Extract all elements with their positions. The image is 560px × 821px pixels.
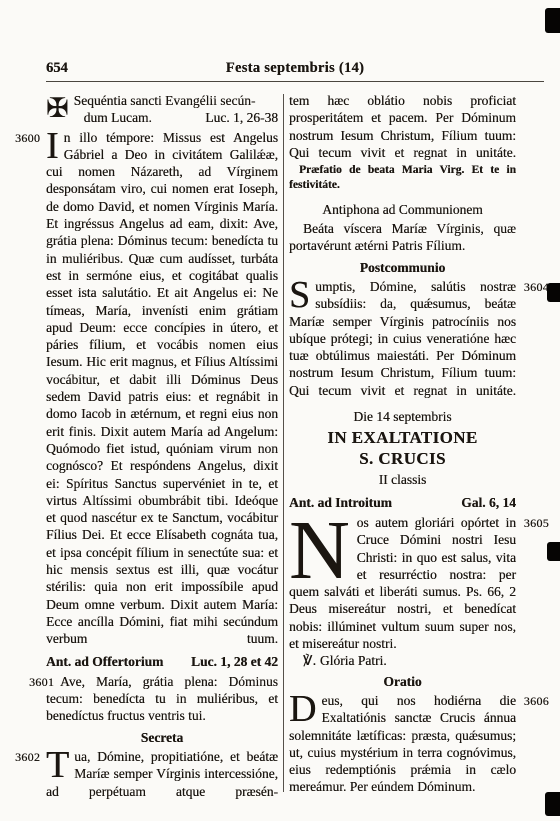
drop-cap-s: S [289, 280, 310, 311]
drop-cap-d: D [289, 694, 316, 725]
communion-heading-label: Antiphona ad Communionem [322, 202, 482, 217]
versicle-line: ℣. Glória Patri. [289, 652, 516, 670]
maltese-cross-icon: ✠ [46, 93, 69, 125]
margin-number-3601: 3601 [15, 674, 54, 691]
margin-number-3600: 3600 [15, 130, 40, 147]
gospel-heading: ✠ Sequéntia sancti Evangélii secún- dum … [46, 92, 278, 127]
thumb-index-tab [545, 8, 560, 33]
secreta-continuation-text: tem hæc oblátio nobis proficiat prosperi… [289, 92, 516, 161]
margin-number-3604: 3604 [524, 279, 549, 296]
margin-number-3602: 3602 [15, 749, 40, 766]
thumb-index-tab [547, 542, 560, 561]
feast-title-line2: S. CRUCIS [289, 448, 516, 469]
drop-cap-n: N [289, 520, 350, 582]
secreta-heading: Secreta [46, 729, 278, 746]
postcommunio-text: 3604 S umptis, Dómine, salútis nostræ su… [289, 278, 516, 399]
introit-reference: Gal. 6, 14 [461, 494, 516, 511]
oratio-heading: Oratio [289, 673, 516, 690]
left-column: ✠ Sequéntia sancti Evangélii secún- dum … [46, 92, 278, 800]
page-header: 654 Festa septembris (14) [46, 60, 544, 82]
introit-text: 3605 N os autem gloriári opórtet in Cruc… [289, 514, 516, 652]
text-columns: ✠ Sequéntia sancti Evangélii secún- dum … [46, 92, 560, 800]
drop-cap-i: I [46, 131, 59, 162]
offertory-heading-label: Ant. ad Offertorium [46, 653, 163, 670]
gospel-text: 3600 I n illo témpore: Missus est Angelu… [46, 129, 278, 648]
right-column: tem hæc oblátio nobis proficiat prosperi… [289, 92, 516, 800]
missal-page: 654 Festa septembris (14) ✠ Sequéntia sa… [0, 0, 560, 821]
oratio-text: 3606 D eus, qui nos hodiérna die Exaltat… [289, 692, 516, 796]
gospel-heading-line2: dum Lucam. [84, 109, 152, 126]
offertory-text: 3601 Ave, María, grátia plena: Dóminus t… [46, 673, 278, 725]
thumb-index-tab [545, 792, 560, 816]
margin-number-3606: 3606 [524, 693, 549, 710]
postcommunio-heading: Postcommunio [289, 259, 516, 276]
column-divider-rule [283, 94, 284, 792]
gospel-heading-line1: Sequéntia sancti Evangélii secún- [46, 92, 278, 109]
feast-class-line: II classis [289, 471, 516, 488]
communion-heading: 3603 Antiphona ad Communionem [289, 201, 516, 218]
secreta-text: 3602 T ua, Dómine, propitiatióne, et beá… [46, 748, 278, 800]
running-title: Festa septembris (14) [46, 60, 544, 77]
feast-title-line1: IN EXALTATIONE [289, 427, 516, 448]
thumb-index-tab [547, 283, 560, 302]
communion-text: Beáta víscera Maríæ Vírginis, quæ portav… [289, 220, 516, 255]
drop-cap-t: T [46, 750, 69, 781]
gospel-reference: Luc. 1, 26-38 [205, 109, 278, 126]
prefatio-note: Præfatio de beata Maria Virg. Et te in f… [289, 163, 516, 193]
offertory-heading: Ant. ad Offertorium Luc. 1, 28 et 42 [46, 653, 278, 670]
feast-date-line: Die 14 septembris [289, 408, 516, 425]
offertory-reference: Luc. 1, 28 et 42 [191, 653, 278, 670]
margin-number-3605: 3605 [524, 515, 549, 532]
versicle-icon: ℣. [303, 653, 317, 669]
